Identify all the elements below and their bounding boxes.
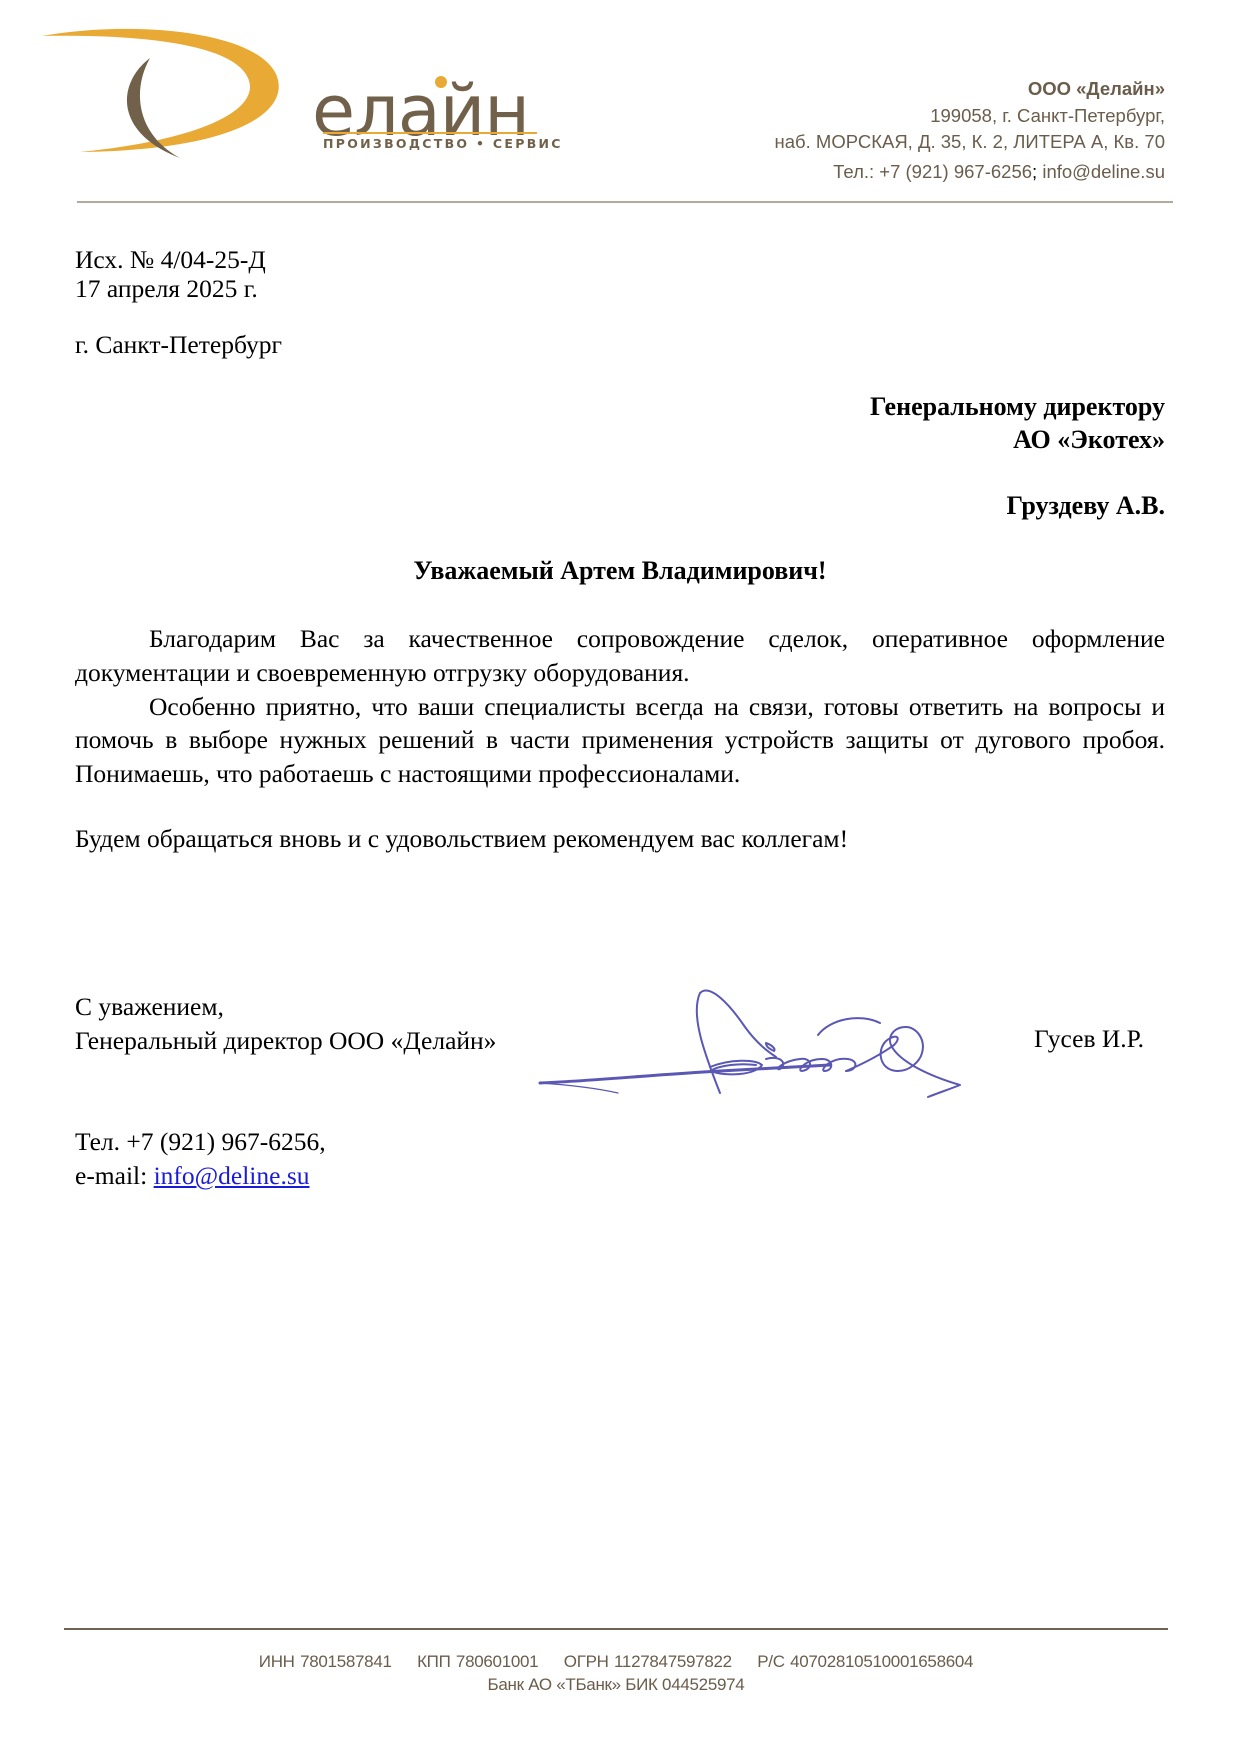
footer-requisites: ИНН 7801587841 КПП 780601001 ОГРН 112784… [64,1650,1168,1696]
addressee-organization: АО «Экотех» [870,423,1165,456]
signer-name: Гусев И.Р. [1034,1024,1144,1053]
footer-ogrn: ОГРН 1127847597822 [564,1652,732,1671]
body-paragraph: Благодарим Вас за качественное сопровожд… [75,622,1165,690]
footer-divider [64,1628,1168,1630]
salutation: Уважаемый Артем Владимирович! [75,556,1165,585]
body-paragraph: Особенно приятно, что ваши специалисты в… [75,690,1165,791]
sender-phone: Тел. +7 (921) 967-6256, [75,1125,326,1159]
addressee-block: Генеральному директору АО «Экотех» Грузд… [870,390,1165,522]
signer-position: Генеральный директор ООО «Делайн» [75,1024,496,1058]
company-logo: елайн ПРОИЗВОДСТВО • СЕРВИС [40,22,510,172]
letter-meta: Исх. № 4/04-25-Д 17 апреля 2025 г. [75,245,266,303]
signature-left: С уважением, Генеральный директор ООО «Д… [75,990,496,1058]
letter-date: 17 апреля 2025 г. [75,274,266,303]
regards-text: С уважением, [75,990,496,1024]
footer-account: Р/С 40702810510001658604 [757,1652,973,1671]
closing-line: Будем обращаться вновь и с удовольствием… [75,824,848,853]
outgoing-number: Исх. № 4/04-25-Д [75,245,266,274]
letter-city: г. Санкт-Петербург [75,330,282,359]
email-label: e-mail: [75,1161,154,1190]
footer-kpp: КПП 780601001 [417,1652,538,1671]
addressee-position: Генеральному директору [870,390,1165,423]
footer-inn: ИНН 7801587841 [259,1652,392,1671]
email-link[interactable]: info@deline.su [154,1161,310,1190]
logo-dot-icon [434,75,448,89]
logo-underline [323,132,537,134]
sender-email-line: e-mail: info@deline.su [75,1159,326,1193]
company-phone: Тел.: +7 (921) 967-6256 [833,161,1032,182]
footer-bank: Банк АО «ТБанк» БИК 044525974 [64,1673,1168,1696]
company-email: info@deline.su [1042,161,1165,182]
company-name: ООО «Делайн» [775,76,1165,103]
footer-line1: ИНН 7801587841 КПП 780601001 ОГРН 112784… [64,1650,1168,1673]
company-contacts: Тел.: +7 (921) 967-6256; info@deline.su [775,159,1165,186]
addressee-person: Груздеву А.В. [870,489,1165,522]
logo-swoosh-icon [40,22,320,172]
company-details: ООО «Делайн» 199058, г. Санкт-Петербург,… [775,76,1165,185]
company-address-line1: 199058, г. Санкт-Петербург, [775,103,1165,130]
company-address-line2: наб. МОРСКАЯ, Д. 35, К. 2, ЛИТЕРА А, Кв.… [775,129,1165,156]
letter-body: Благодарим Вас за качественное сопровожд… [75,622,1165,791]
header-divider [77,201,1173,203]
handwritten-signature-icon [530,975,990,1105]
contacts-separator: ; [1032,161,1037,182]
sender-contacts: Тел. +7 (921) 967-6256, e-mail: info@del… [75,1125,326,1193]
logo-tagline: ПРОИЗВОДСТВО • СЕРВИС [323,136,563,151]
